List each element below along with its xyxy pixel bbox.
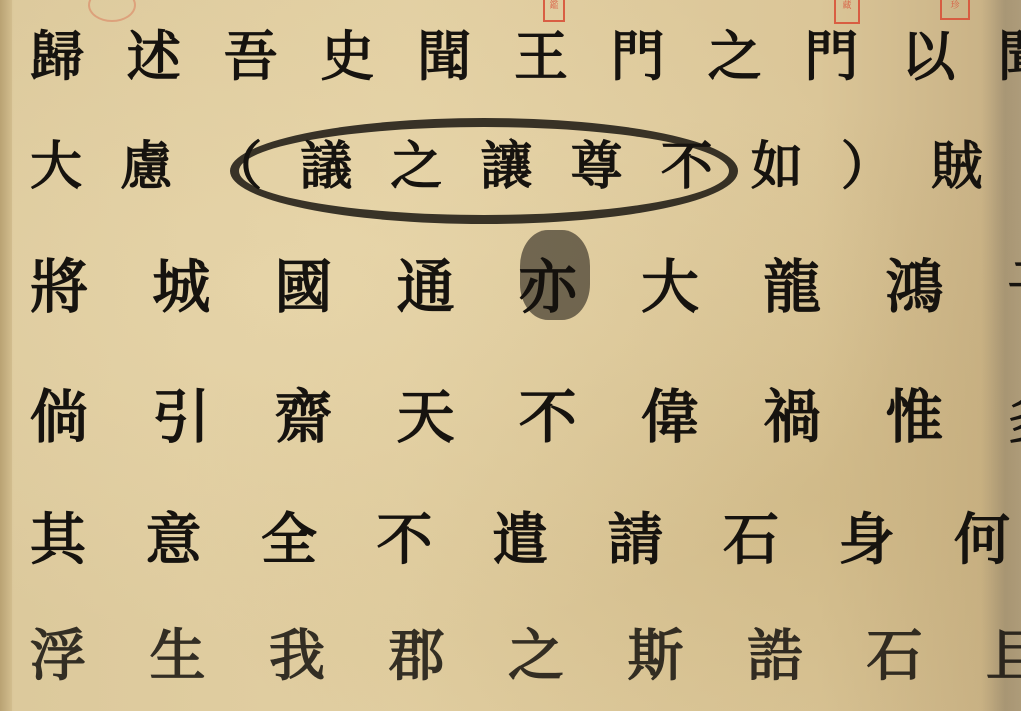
scroll-right-edge-mounting: [981, 0, 1021, 711]
calligraphy-row-2: 大 慮 （ 議 之 讓 尊 不 如 ） 賊 必 然 動: [30, 124, 1021, 199]
calligraphy-row-1: 歸 述 吾 史 聞 王 門 之 門 以 聞 先 處: [30, 14, 1021, 91]
ink-heavy-character-blot: [520, 230, 590, 320]
calligraphy-scroll: 印 鑑 藏 珍 歸 述 吾 史 聞 王 門 之 門 以 聞 先 處 大 慮 （ …: [0, 0, 1021, 711]
calligraphy-row-6: 浮 生 我 郡 之 斯 誥 石 且 時: [30, 612, 1021, 692]
calligraphy-row-4: 倘 引 齋 天 不 偉 禍 惟 多: [30, 370, 1021, 454]
scroll-left-edge: [0, 0, 12, 711]
calligraphy-row-5: 其 意 全 不 遣 請 石 身 何 德: [30, 496, 1021, 576]
